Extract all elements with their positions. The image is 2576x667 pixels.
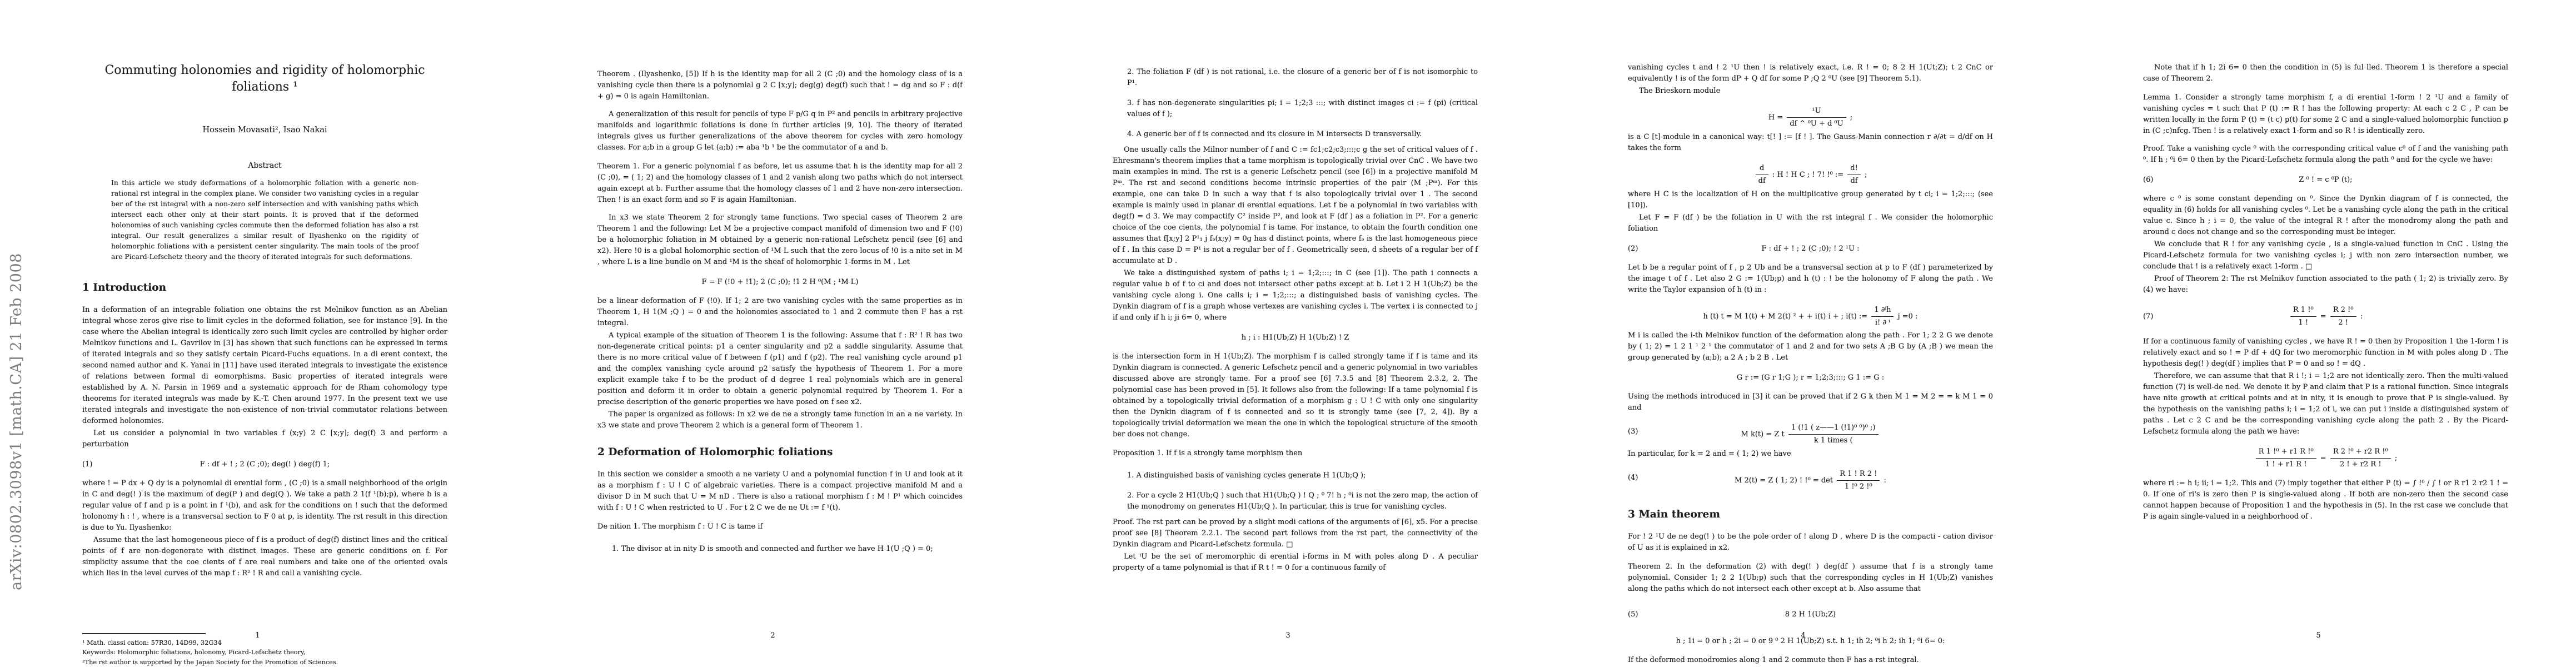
fraction-denominator: 2 ! + r2 R ! [2330,459,2391,470]
equation-body: h ; i : H1(Ub;Z) H 1(Ub;Z) ! Z [1242,332,1349,344]
paragraph: where ! = P dx + Q dy is a polynomial di… [82,478,447,534]
paragraph: In this section we consider a smooth a n… [597,469,963,514]
fraction: R 1 ! R 2 !1 !⁰ 2 !⁰ [1837,469,1880,492]
equation-body: H = ¹Udf ^ ⁰U + d ⁰U ; [1768,106,1852,130]
theorem-block: Proposition 1. If f is a strongly tame m… [1113,448,1478,459]
equation-body: Z ⁰ ! = c ⁰P (t); [2299,175,2352,186]
equation-text: : [2358,312,2363,321]
paragraph: We take a distinguished system of paths … [1113,268,1478,323]
paragraph: Let F = F (df ) be the foliation in U wi… [1628,212,1993,235]
abstract-text: In this article we study deformations of… [111,178,418,262]
fraction: d!df [1847,163,1861,187]
page-number: 4 [1546,630,2061,641]
equation-tag: (4) [1628,472,1638,484]
theorem-block: Theorem 2. In the deformation (2) with d… [1628,561,1993,595]
paper-page-3: 2. The foliation F (df ) is not rational… [1030,0,1546,667]
equation-text: h ; i : H1(Ub;Z) H 1(Ub;Z) ! Z [1242,333,1349,342]
section-heading: 2 Deformation of Holomorphic foliations [597,446,963,459]
fraction-numerator: d [1756,163,1768,175]
fraction-numerator: 1 (!1 ( z——1 (!1)⁰ ⁰)⁰ ;) [1788,422,1879,435]
paragraph: One usually calls the Milnor number of f… [1113,145,1478,267]
equation-body: F : df + ! ; 2 (C ;0); ! 2 ¹U : [1761,243,1859,255]
theorem-block: Theorem 1. For a generic polynomial f as… [597,161,963,206]
equation-text: h (t) t = M 1(t) + M 2(t) ² + + i(t) i +… [1703,312,1870,321]
list-item: 2. For a cycle 2 H1(Ub;Q ) such that H1(… [1113,490,1478,512]
list-item: 1. A distinguished basis of vanishing cy… [1113,470,1478,481]
paragraph: M i is called the i-th Melnikov function… [1628,330,1993,364]
page-number: 3 [1030,630,1546,641]
paragraph: Assume that the last homogeneous piece o… [82,535,447,579]
equation-text: ; [1848,113,1853,122]
paragraph: The Brieskorn module [1628,86,1993,97]
list-item: 1. The divisor at in nity D is smooth an… [597,544,963,555]
equation-body: 8 2 H 1(Ub;Z) [1785,609,1836,620]
equation-7: (7)R 1 !⁰1 ! = R 2 !⁰2 ! : [2143,305,2508,328]
list-item: 4. A generic ber of f is connected and i… [1113,129,1478,140]
equation-text: H = [1768,113,1786,122]
theorem-block: Theorem . (Ilyashenko, [5]) If h is the … [597,69,963,102]
page-number: 5 [2061,630,2576,641]
fraction: 1 (!1 ( z——1 (!1)⁰ ⁰)⁰ ;)k 1 times ( [1788,422,1879,446]
paragraph: Note that if h 1; 2i 6= 0 then the condi… [2143,62,2508,84]
equation-text: ; [1862,171,1867,179]
equation-text: : H ! H C ; ! 7! !⁰ := [1770,171,1846,179]
equation-tag: (3) [1628,426,1638,437]
fraction-numerator: R 2 !⁰ [2330,305,2356,317]
equation: h ; i : H1(Ub;Z) H 1(Ub;Z) ! Z [1113,332,1478,344]
fraction-denominator: 1 !⁰ 2 !⁰ [1837,481,1880,492]
paragraph: If for a continuous family of vanishing … [2143,336,2508,370]
equation-body: h (t) t = M 1(t) + M 2(t) ² + + i(t) i +… [1703,305,1918,328]
paper-title: Commuting holonomies and rigidity of hol… [99,62,431,96]
equation-text: 8 2 H 1(Ub;Z) [1785,610,1836,619]
equation-tag: (1) [82,459,92,470]
fraction-denominator: 1 ! + r1 R ! [2256,459,2316,470]
equation-text: = [2318,454,2329,462]
paragraph: Proof. Take a vanishing cycle ⁰ with the… [2143,143,2508,166]
equation-text: Z ⁰ ! = c ⁰P (t); [2299,176,2352,184]
equation-2: (2)F : df + ! ; 2 (C ;0); ! 2 ¹U : [1628,243,1993,255]
paragraph: A typical example of the situation of Th… [597,330,963,408]
paragraph: Proof of Theorem 2: The rst Melnikov fun… [2143,273,2508,296]
fraction-denominator: k 1 times ( [1788,435,1879,446]
paragraph: In particular, for k = 2 and = ( 1; 2) w… [1628,449,1993,460]
theorem-block: De nition 1. The morphism f : U ! C is t… [597,521,963,532]
equation-text: ; [2393,454,2398,462]
equation-text: M k(t) = Z t [1741,430,1787,439]
paragraph: where H C is the localization of H on th… [1628,189,1993,211]
fraction-denominator: df [1847,175,1861,187]
fraction-numerator: R 1 ! R 2 ! [1837,469,1880,481]
equation-tag: (2) [1628,243,1638,255]
fraction-numerator: R 1 !⁰ [2290,305,2316,317]
fraction: R 1 !⁰1 ! [2290,305,2316,328]
equation: H = ¹Udf ^ ⁰U + d ⁰U ; [1628,106,1993,124]
equation-1: (1)F : df + ! ; 2 (C ;0); deg(! ) deg(f)… [82,459,447,470]
footnote: Keywords: Holomorphic foliations, holono… [82,648,447,658]
equation-body: M k(t) = Z t 1 (!1 ( z——1 (!1)⁰ ⁰)⁰ ;)k… [1741,422,1880,446]
equation: R 1 !⁰ + r1 R !⁰1 ! + r1 R ! = R 2 !⁰ + … [2143,446,2508,470]
paragraph: A generalization of this result for penc… [597,109,963,153]
equation-body: ddf : H ! H C ; ! 7! !⁰ := d!df ; [1754,163,1867,187]
equation-text: j =0 : [1895,312,1917,321]
paragraph: We conclude that R ! for any vanishing c… [2143,239,2508,272]
pages-container: Commuting holonomies and rigidity of hol… [0,0,2576,667]
equation-text: G r := (G r 1;G ); r = 1;2;3;:::; G 1 :=… [1737,374,1884,382]
fraction: R 2 !⁰2 ! [2330,305,2356,328]
page-number: 1 [0,630,515,641]
fraction-denominator: 1 ! [2290,317,2316,328]
equation-body: M 2(t) = Z ( 1; 2) ! !⁰ = det R 1 ! R 2 … [1735,469,1886,492]
paragraph: The paper is organized as follows: In x2… [597,409,963,431]
paragraph: is the intersection form in H 1(Ub;Z). T… [1113,351,1478,440]
fraction-numerator: R 2 !⁰ + r2 R !⁰ [2330,446,2391,459]
paragraph: Therefore, we can assume that that R i !… [2143,371,2508,437]
fraction-denominator: 2 ! [2330,317,2356,328]
equation: ddf : H ! H C ; ! 7! !⁰ := d!df ; [1628,163,1993,181]
footnote: ²The rst author is supported by the Japa… [82,658,447,667]
fraction: ¹Udf ^ ⁰U + d ⁰U [1787,106,1846,130]
equation: h (t) t = M 1(t) + M 2(t) ² + + i(t) i +… [1628,305,1993,323]
fraction: R 1 !⁰ + r1 R !⁰1 ! + r1 R ! [2256,446,2316,470]
equation-body: G r := (G r 1;G ); r = 1;2;3;:::; G 1 :=… [1737,372,1884,384]
equation-body: F : df + ! ; 2 (C ;0); deg(! ) deg(f) 1; [200,459,330,470]
equation: G r := (G r 1;G ); r = 1;2;3;:::; G 1 :=… [1628,372,1993,384]
equation-text: F : df + ! ; 2 (C ;0); deg(! ) deg(f) 1; [200,460,330,469]
equation-body: F = F (!0 + !1); 2 (C ;0); !1 2 H ⁰(M ; … [701,277,858,288]
paragraph: vanishing cycles t and ! 2 ¹U then ! is … [1628,62,1993,84]
paper-page-5: Note that if h 1; 2i 6= 0 then the condi… [2061,0,2576,667]
scanned-paper: { "watermark": "arXiv:0802.3098v1 [math.… [0,0,2576,667]
equation-tag: (6) [2143,175,2153,186]
list-item: 3. f has non-degenerate singularities pi… [1113,98,1478,120]
paragraph: In x3 we state Theorem 2 for strongly ta… [597,212,963,268]
page-number: 2 [515,630,1030,641]
equation-text: F = F (!0 + !1); 2 (C ;0); !1 2 H ⁰(M ; … [701,278,858,286]
paragraph: Let us consider a polynomial in two vari… [82,428,447,450]
equation-tag: (5) [1628,609,1638,620]
paper-authors: Hossein Movasati², Isao Nakai [82,125,447,136]
equation-5: (5)8 2 H 1(Ub;Z) [1628,609,1993,620]
equation-4: (4)M 2(t) = Z ( 1; 2) ! !⁰ = det R 1 ! R… [1628,469,1993,487]
paragraph: Proof. The rst part can be proved by a s… [1113,517,1478,550]
paragraph: be a linear deformation of F (!0). If 1;… [597,296,963,329]
fraction-numerator: ¹U [1787,106,1846,118]
paragraph: where ri := h i; ii; i = 1;2. This and (… [2143,478,2508,522]
section-heading: 3 Main theorem [1628,508,1993,521]
paragraph: For ! 2 ¹U de ne deg(! ) to be the pole … [1628,531,1993,554]
abstract-heading: Abstract [82,160,447,171]
paper-page-4: vanishing cycles t and ! 2 ¹U then ! is … [1546,0,2061,667]
fraction-denominator: df ^ ⁰U + d ⁰U [1787,118,1846,130]
equation-text: : [1881,476,1886,485]
paragraph: where c ⁰ is some constant depending on … [2143,193,2508,238]
paragraph: If the deformed monodromies along 1 and … [1628,655,1993,666]
theorem-block: Lemma 1. Consider a strongly tame morphi… [2143,92,2508,137]
equation-text: = [2318,312,2329,321]
fraction: 1 ∂ⁱhi! ∂ ⁱ [1871,305,1894,328]
fraction: ddf [1756,163,1768,187]
paragraph: Let ⁱU be the set of meromorphic di eren… [1113,551,1478,574]
fraction: R 2 !⁰ + r2 R !⁰2 ! + r2 R ! [2330,446,2391,470]
equation-body: R 1 !⁰ + r1 R !⁰1 ! + r1 R ! = R 2 !⁰ + … [2254,446,2397,470]
fraction-denominator: df [1756,175,1768,187]
paragraph: In a deformation of an integrable foliat… [82,305,447,427]
equation-text: M 2(t) = Z ( 1; 2) ! !⁰ = det [1735,476,1835,485]
list-item: 2. The foliation F (df ) is not rational… [1113,67,1478,89]
paper-page-2: Theorem . (Ilyashenko, [5]) If h is the … [515,0,1030,667]
paragraph: Let b be a regular point of f , p 2 Ub a… [1628,262,1993,296]
fraction-denominator: i! ∂ ⁱ [1871,317,1894,328]
paragraph: Using the methods introduced in [3] it c… [1628,391,1993,414]
equation-6: (6)Z ⁰ ! = c ⁰P (t); [2143,175,2508,186]
fraction-numerator: d! [1847,163,1861,175]
paper-page-1: Commuting holonomies and rigidity of hol… [0,0,515,667]
equation-text: F : df + ! ; 2 (C ;0); ! 2 ¹U : [1761,245,1859,253]
equation-body: R 1 !⁰1 ! = R 2 !⁰2 ! : [2289,305,2363,328]
equation-tag: (7) [2143,311,2153,322]
fraction-numerator: R 1 !⁰ + r1 R !⁰ [2256,446,2316,459]
section-heading: 1 Introduction [82,281,447,295]
fraction-numerator: 1 ∂ⁱh [1871,305,1894,317]
equation: F = F (!0 + !1); 2 (C ;0); !1 2 H ⁰(M ; … [597,277,963,288]
paragraph: is a C [t]-module in a canonical way: t[… [1628,132,1993,154]
equation-3: (3)M k(t) = Z t 1 (!1 ( z——1 (!1)⁰ ⁰)⁰ … [1628,422,1993,441]
